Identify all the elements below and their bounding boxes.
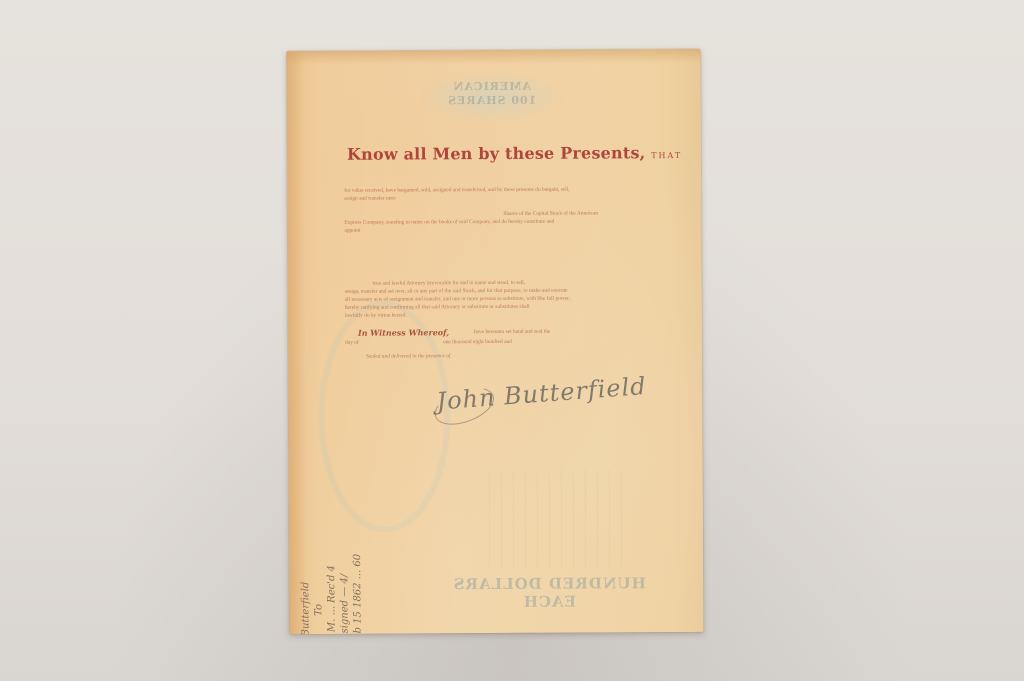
bleed-through-text-2: 100 SHARES [417,94,567,109]
docket-line-5: Feb 15 1862 ... 60 [351,554,364,634]
witness-line-2-left: day of [345,340,359,347]
bleed-through-banner: HUNDRED DOLLARS EACH [439,574,659,601]
witness-line-3: Sealed and delivered in the presence of [366,353,450,360]
bleed-through-text-1: AMERICAN [417,80,567,95]
body-line-5: appoint [344,228,360,235]
document-heading: Know all Men by these Presents, THAT [347,143,647,164]
body-line-7: assign, transfer and set over, all or an… [345,288,568,296]
body-line-3: Shares of the Capital Stock of the Ameri… [503,210,598,217]
body-line-1: for value received, have bargained, sold… [344,187,569,195]
docket-line-2: To [312,554,325,634]
body-line-2: assign and transfer unto [344,196,395,203]
body-line-6: true and lawful Attorney irrevocable for… [373,280,525,288]
docket-notation: J. Butterfield To B. M. ... Rec'd 4 Assi… [299,554,364,634]
bleed-through-emblem: AMERICAN 100 SHARES [417,72,567,123]
document-sheet: AMERICAN 100 SHARES Know all Men by thes… [286,49,703,634]
witness-heading: In Witness Whereof, [358,327,449,337]
docket-line-4: Assigned — 4/ [338,554,351,634]
witness-line-2-right: one thousand eight hundred and [443,339,512,346]
signature: John Butterfield [436,372,648,416]
heading-suffix: THAT [651,151,682,160]
docket-line-1: J. Butterfield [299,554,312,634]
body-line-9: hereby ratifying and confirming all that… [345,304,530,312]
witness-line-1: have hereunto set hand and seal the [474,329,550,336]
docket-line-3: B. M. ... Rec'd 4 [325,554,338,634]
heading-main: Know all Men by these Presents, [347,143,645,164]
bleed-through-lines [489,469,630,570]
body-line-10: lawfully do by virtue hereof. [345,312,407,319]
body-line-8: all necessary acts of assignment and tra… [345,296,570,304]
body-line-4: Express Company, standing in name on the… [344,219,554,227]
